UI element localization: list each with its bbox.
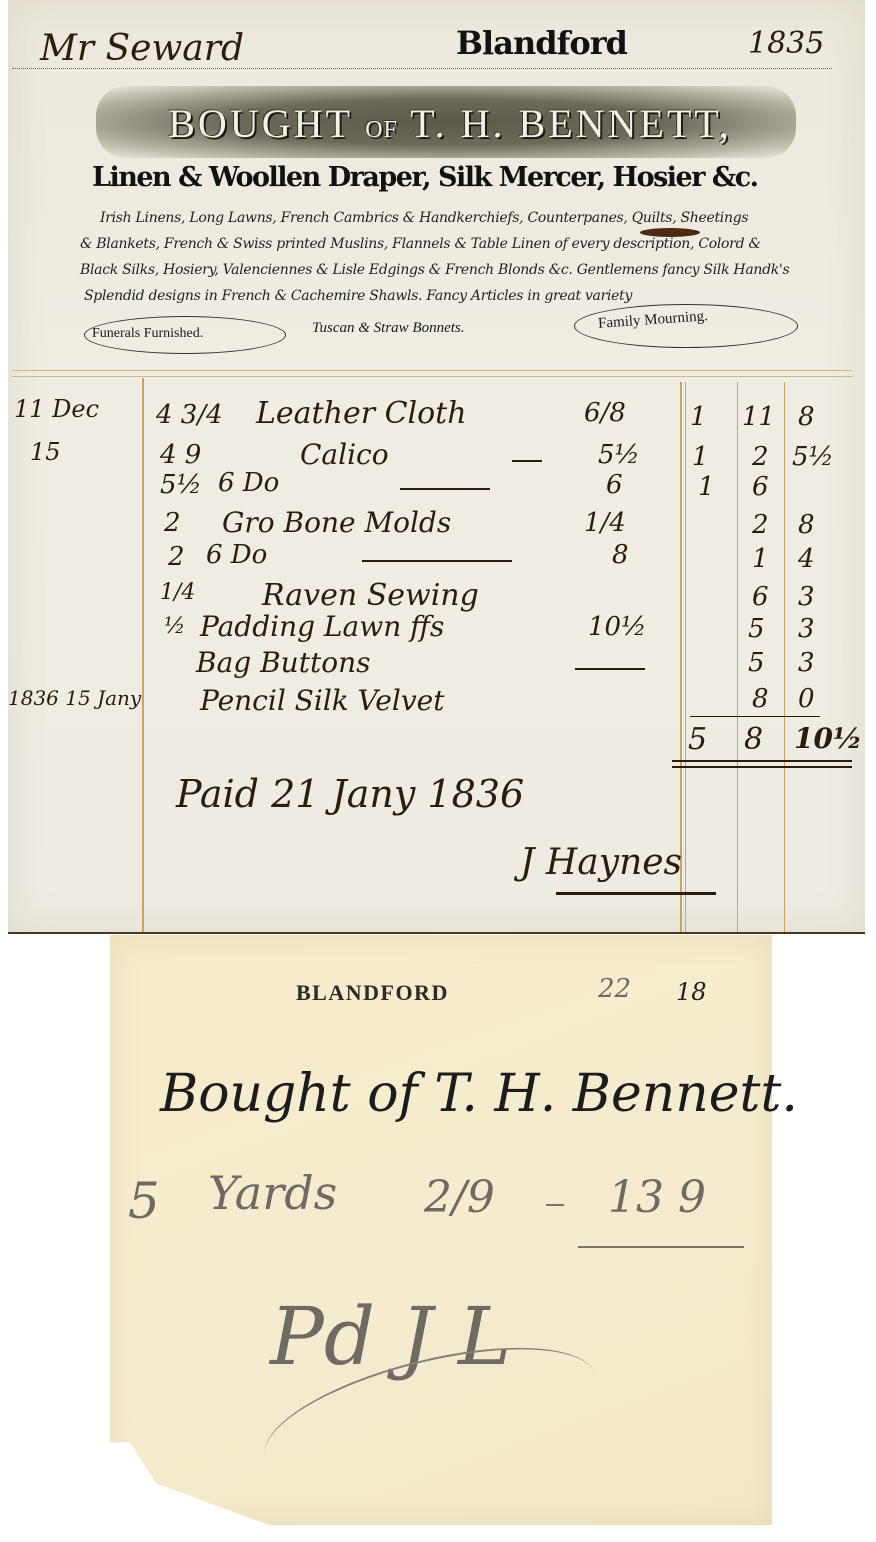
- item-shillings: 2: [752, 510, 769, 540]
- item-shillings: 1: [752, 544, 769, 574]
- item-name: Gro Bone Molds: [222, 506, 451, 539]
- item-shillings: 5: [748, 614, 765, 644]
- ledger-top-rule-2: [12, 376, 852, 377]
- badge-funerals: Funerals Furnished.: [92, 326, 203, 342]
- customer-name: Mr Seward: [40, 28, 244, 69]
- item-pence: 3: [798, 582, 815, 612]
- item-pence: 8: [798, 510, 815, 540]
- item-name: 6 Do: [206, 540, 267, 570]
- slip-pencil-mark: 22: [598, 974, 631, 1004]
- item-name: Pencil Silk Velvet: [200, 684, 444, 717]
- slip-rate: 2/9: [424, 1172, 495, 1223]
- banner-merchant: T. H. BENNETT,: [410, 101, 732, 146]
- item-name: 6 Do: [218, 468, 279, 498]
- item-name: Calico: [300, 438, 389, 471]
- item-name: Raven Sewing: [262, 578, 479, 613]
- item-rate: 8: [612, 540, 629, 570]
- item-date: 11 Dec: [14, 395, 99, 423]
- item-rate: 6/8: [584, 398, 626, 428]
- total-pence: 10½: [794, 722, 862, 755]
- slip-year-prefix: 18: [676, 978, 707, 1006]
- paid-note: Paid 21 Jany 1836: [176, 772, 524, 816]
- total-pounds: 5: [688, 722, 707, 757]
- item-pence: 0: [798, 684, 815, 714]
- item-pence: 3: [798, 614, 815, 644]
- item-shillings: 8: [752, 684, 769, 714]
- dash: [400, 488, 490, 490]
- item-shillings: 2: [752, 442, 769, 472]
- slip-qty: 5: [128, 1172, 160, 1230]
- ink-stain: [640, 228, 700, 237]
- item-pence: 3: [798, 648, 815, 678]
- banner-of: OF: [365, 117, 398, 143]
- shillings-column-rule: [737, 382, 738, 932]
- signature: J Haynes: [520, 842, 682, 883]
- item-rate: 10½: [588, 612, 646, 642]
- trade-description: Linen & Woollen Draper, Silk Mercer, Hos…: [92, 162, 758, 193]
- item-shillings: 11: [742, 402, 775, 432]
- item-rate: 5½: [598, 440, 640, 470]
- receipt-year: 1835: [748, 26, 824, 61]
- merchant-banner-title: BOUGHT OF T. H. BENNETT,: [100, 100, 800, 147]
- item-pounds: 1: [690, 402, 707, 432]
- subtotal-rule: [690, 716, 820, 717]
- item-shillings: 5: [748, 648, 765, 678]
- item-pounds: 1: [692, 442, 709, 472]
- item-qty: 4 9: [160, 440, 201, 470]
- item-pounds: 1: [698, 472, 715, 502]
- total-shillings: 8: [744, 722, 763, 757]
- badge-bonnets: Tuscan & Straw Bonnets.: [312, 320, 465, 337]
- item-pence: 4: [798, 544, 815, 574]
- item-shillings: 6: [752, 582, 769, 612]
- item-rate: 1/4: [584, 508, 626, 538]
- item-qty: 2: [164, 508, 181, 538]
- advert-line-3: Black Silks, Hosiery, Valenciennes & Lis…: [80, 262, 789, 278]
- total-double-rule-2: [672, 766, 852, 768]
- banner-bought: BOUGHT: [168, 101, 352, 146]
- item-name: Padding Lawn ffs: [200, 610, 444, 643]
- item-pence: 5½: [792, 442, 834, 472]
- pence-column-rule: [784, 382, 785, 932]
- slip-dash: [546, 1204, 564, 1206]
- item-shillings: 6: [752, 472, 769, 502]
- item-name: Bag Buttons: [196, 646, 370, 679]
- item-pence: 8: [798, 402, 815, 432]
- item-qty: 2: [168, 542, 185, 572]
- advert-line-4: Splendid designs in French & Cachemire S…: [84, 288, 632, 304]
- item-qty: ½: [164, 614, 185, 639]
- item-name: Leather Cloth: [256, 396, 467, 431]
- date-column-rule: [142, 378, 144, 932]
- slip-amount-underline: [578, 1246, 744, 1248]
- dash: [362, 560, 512, 562]
- dash: [512, 460, 542, 462]
- item-qty: 5½: [160, 470, 202, 500]
- ledger-top-rule: [12, 370, 852, 371]
- slip-item: Yards: [208, 1166, 337, 1220]
- slip-heading: Bought of T. H. Bennett.: [160, 1064, 798, 1124]
- slip-town-name: BLANDFORD: [296, 980, 449, 1006]
- town-name: Blandford: [456, 24, 627, 62]
- pounds-column-rule-2: [685, 382, 686, 932]
- signature-underline: [556, 892, 716, 895]
- advert-line-1: Irish Linens, Long Lawns, French Cambric…: [100, 210, 748, 226]
- item-date: 1836 15 Jany: [8, 686, 141, 710]
- slip-amount: 13 9: [608, 1172, 706, 1223]
- advert-line-2: & Blankets, French & Swiss printed Musli…: [80, 236, 761, 252]
- item-qty: 1/4: [160, 580, 195, 605]
- total-double-rule: [672, 760, 852, 762]
- dash: [575, 668, 645, 670]
- item-qty: 4 3/4: [156, 400, 223, 430]
- item-date: 15: [30, 438, 61, 466]
- item-rate: 6: [606, 470, 623, 500]
